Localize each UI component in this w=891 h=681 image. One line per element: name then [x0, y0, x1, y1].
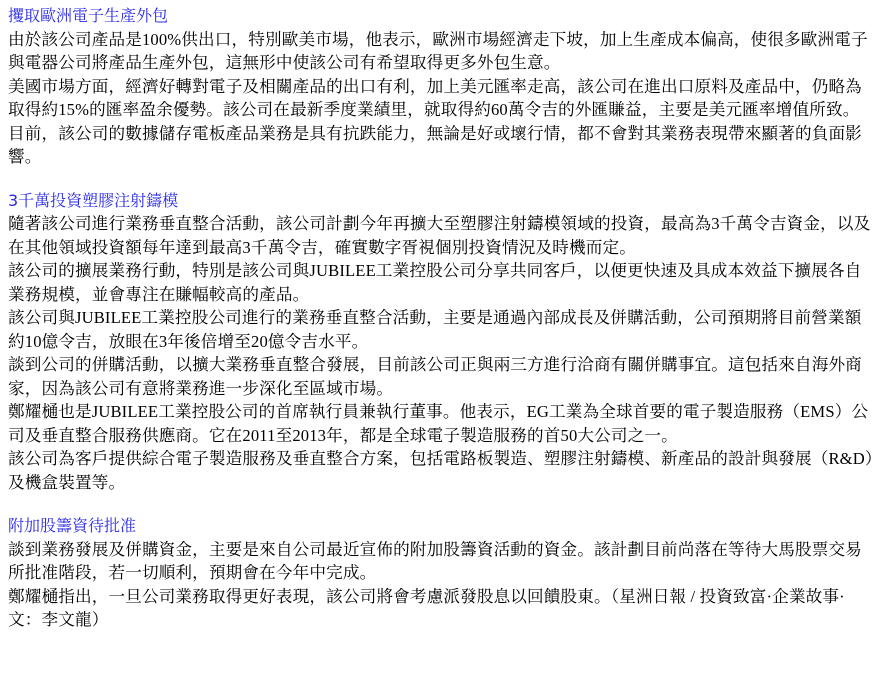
paragraph: 談到公司的併購活動，以擴大業務垂直整合發展，目前該公司正與兩三方進行洽商有關併購… — [8, 353, 878, 400]
paragraph: 美國市場方面，經濟好轉對電子及相關產品的出口有利，加上美元匯率走高，該公司在進出… — [8, 75, 878, 122]
section-european-outsourcing: 攫取歐洲電子生產外包 由於該公司產品是100%供出口，特別歐美市場，他表示，歐洲… — [8, 4, 878, 169]
paragraph: 由於該公司產品是100%供出口，特別歐美市場，他表示，歐洲市場經濟走下坡，加上生… — [8, 28, 878, 75]
section-heading: 附加股籌資待批准 — [8, 514, 878, 538]
paragraph: 目前，該公司的數據儲存電板產品業務是具有抗跌能力，無論是好或壞行情，都不會對其業… — [8, 122, 878, 169]
paragraph: 鄭耀樋也是JUBILEE工業控股公司的首席執行員兼執行董事。他表示，EG工業為全… — [8, 400, 878, 447]
paragraph: 隨著該公司進行業務垂直整合活動，該公司計劃今年再擴大至塑膠注射鑄模領域的投資，最… — [8, 212, 878, 259]
paragraph: 該公司為客戶提供綜合電子製造服務及垂直整合方案，包括電路板製造、塑膠注射鑄模、新… — [8, 447, 878, 494]
section-rights-issue-approval: 附加股籌資待批准 談到業務發展及併購資金，主要是來自公司最近宣佈的附加股籌資活動… — [8, 514, 878, 632]
paragraph: 鄭耀樋指出，一旦公司業務取得更好表現，該公司將會考慮派發股息以回饋股東。（星洲日… — [8, 585, 878, 632]
section-heading: 攫取歐洲電子生產外包 — [8, 4, 878, 28]
article-body: 攫取歐洲電子生產外包 由於該公司產品是100%供出口，特別歐美市場，他表示，歐洲… — [0, 0, 886, 632]
paragraph: 該公司的擴展業務行動，特別是該公司與JUBILEE工業控股公司分享共同客戶，以便… — [8, 259, 878, 306]
section-injection-molding-investment: 3千萬投資塑膠注射鑄模 隨著該公司進行業務垂直整合活動，該公司計劃今年再擴大至塑… — [8, 189, 878, 495]
paragraph: 該公司與JUBILEE工業控股公司進行的業務垂直整合活動，主要是通過內部成長及併… — [8, 306, 878, 353]
section-heading: 3千萬投資塑膠注射鑄模 — [8, 189, 878, 213]
paragraph: 談到業務發展及併購資金，主要是來自公司最近宣佈的附加股籌資活動的資金。該計劃目前… — [8, 538, 878, 585]
